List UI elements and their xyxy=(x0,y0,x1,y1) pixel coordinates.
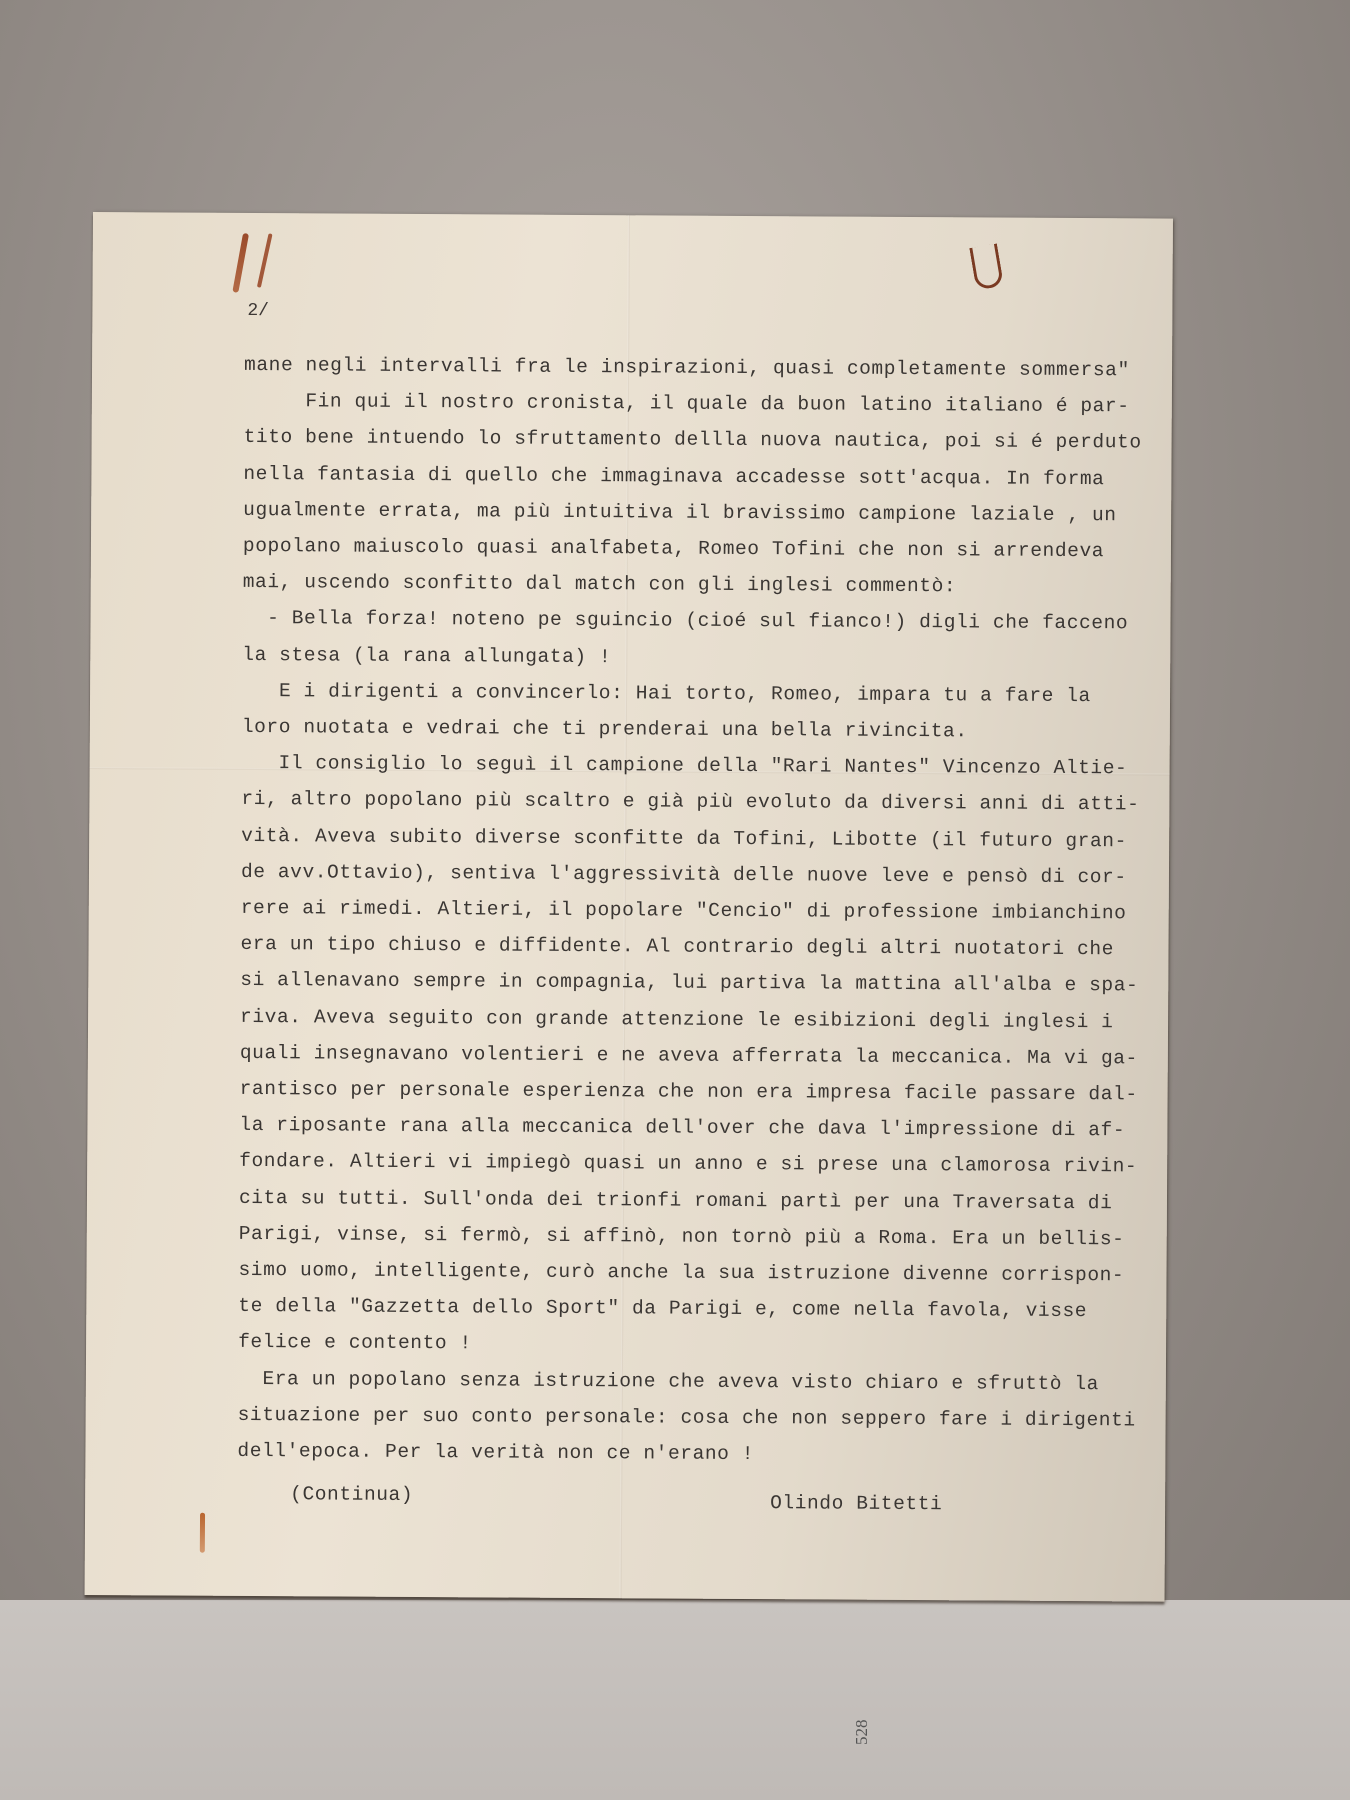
rust-stain-mark xyxy=(232,233,249,293)
text-line: - Bella forza! noteno pe sguincio (cioé … xyxy=(242,600,1162,642)
text-line: Fin qui il nostro cronista, il quale da … xyxy=(244,383,1164,425)
text-line: Il consiglio lo seguì il campione della … xyxy=(242,745,1162,787)
text-line: era un tipo chiuso e diffidente. Al cont… xyxy=(240,926,1160,968)
text-line: ugualmente errata, ma più intuitiva il b… xyxy=(243,492,1163,534)
text-line: loro nuotata e vedrai che ti prenderai u… xyxy=(242,709,1162,751)
text-line: vità. Aveva subito diverse sconfitte da … xyxy=(241,818,1161,860)
text-line: tito bene intuendo lo sfruttamento delll… xyxy=(244,419,1164,461)
text-line: cita su tutti. Sull'onda dei trionfi rom… xyxy=(239,1180,1159,1222)
text-line: rere ai rimedi. Altieri, il popolare "Ce… xyxy=(241,890,1161,932)
rust-stain-mark xyxy=(257,233,273,288)
continua-note: (Continua) xyxy=(290,1483,413,1506)
staple-mark xyxy=(969,243,1004,290)
text-line: te della "Gazzetta dello Sport" da Parig… xyxy=(238,1288,1158,1330)
text-line: dell'epoca. Per la verità non ce n'erano… xyxy=(237,1433,1157,1475)
author-signature: Olindo Bitetti xyxy=(770,1492,942,1515)
text-line: nella fantasia di quello che immaginava … xyxy=(243,456,1163,498)
text-line: Parigi, vinse, si fermò, si affinò, non … xyxy=(239,1216,1159,1258)
text-line: de avv.Ottavio), sentiva l'aggressività … xyxy=(241,854,1161,896)
text-line: si allenavano sempre in compagnia, lui p… xyxy=(240,962,1160,1004)
text-line: rantisco per personale esperienza che no… xyxy=(240,1071,1160,1113)
table-surface xyxy=(0,1600,1350,1800)
page-marker: 2/ xyxy=(247,301,269,321)
text-line: mai, uscendo sconfitto dal match con gli… xyxy=(243,564,1163,606)
text-line: riva. Aveva seguito con grande attenzion… xyxy=(240,999,1160,1041)
typed-page: 2/ mane negli intervalli fra le inspiraz… xyxy=(85,212,1173,1602)
text-line: popolano maiuscolo quasi analfabeta, Rom… xyxy=(243,528,1163,570)
text-line: mane negli intervalli fra le inspirazion… xyxy=(244,347,1164,389)
text-line: la stesa (la rana allungata) ! xyxy=(242,637,1162,679)
text-line: E i dirigenti a convincerlo: Hai torto, … xyxy=(242,673,1162,715)
text-line: felice e contento ! xyxy=(238,1324,1158,1366)
rust-stain-mark xyxy=(200,1513,205,1553)
text-line: Era un popolano senza istruzione che ave… xyxy=(238,1361,1158,1403)
text-line: la riposante rana alla meccanica dell'ov… xyxy=(239,1107,1159,1149)
text-line: quali insegnavano volentieri e ne aveva … xyxy=(240,1035,1160,1077)
text-line: ri, altro popolano più scaltro e già più… xyxy=(241,781,1161,823)
text-line: simo uomo, intelligente, curò anche la s… xyxy=(238,1252,1158,1294)
archive-number: 528 xyxy=(852,1720,872,1746)
body-text: mane negli intervalli fra le inspirazion… xyxy=(237,347,1164,1475)
text-line: situazione per suo conto personale: cosa… xyxy=(238,1397,1158,1439)
text-line: fondare. Altieri vi impiegò quasi un ann… xyxy=(239,1143,1159,1185)
